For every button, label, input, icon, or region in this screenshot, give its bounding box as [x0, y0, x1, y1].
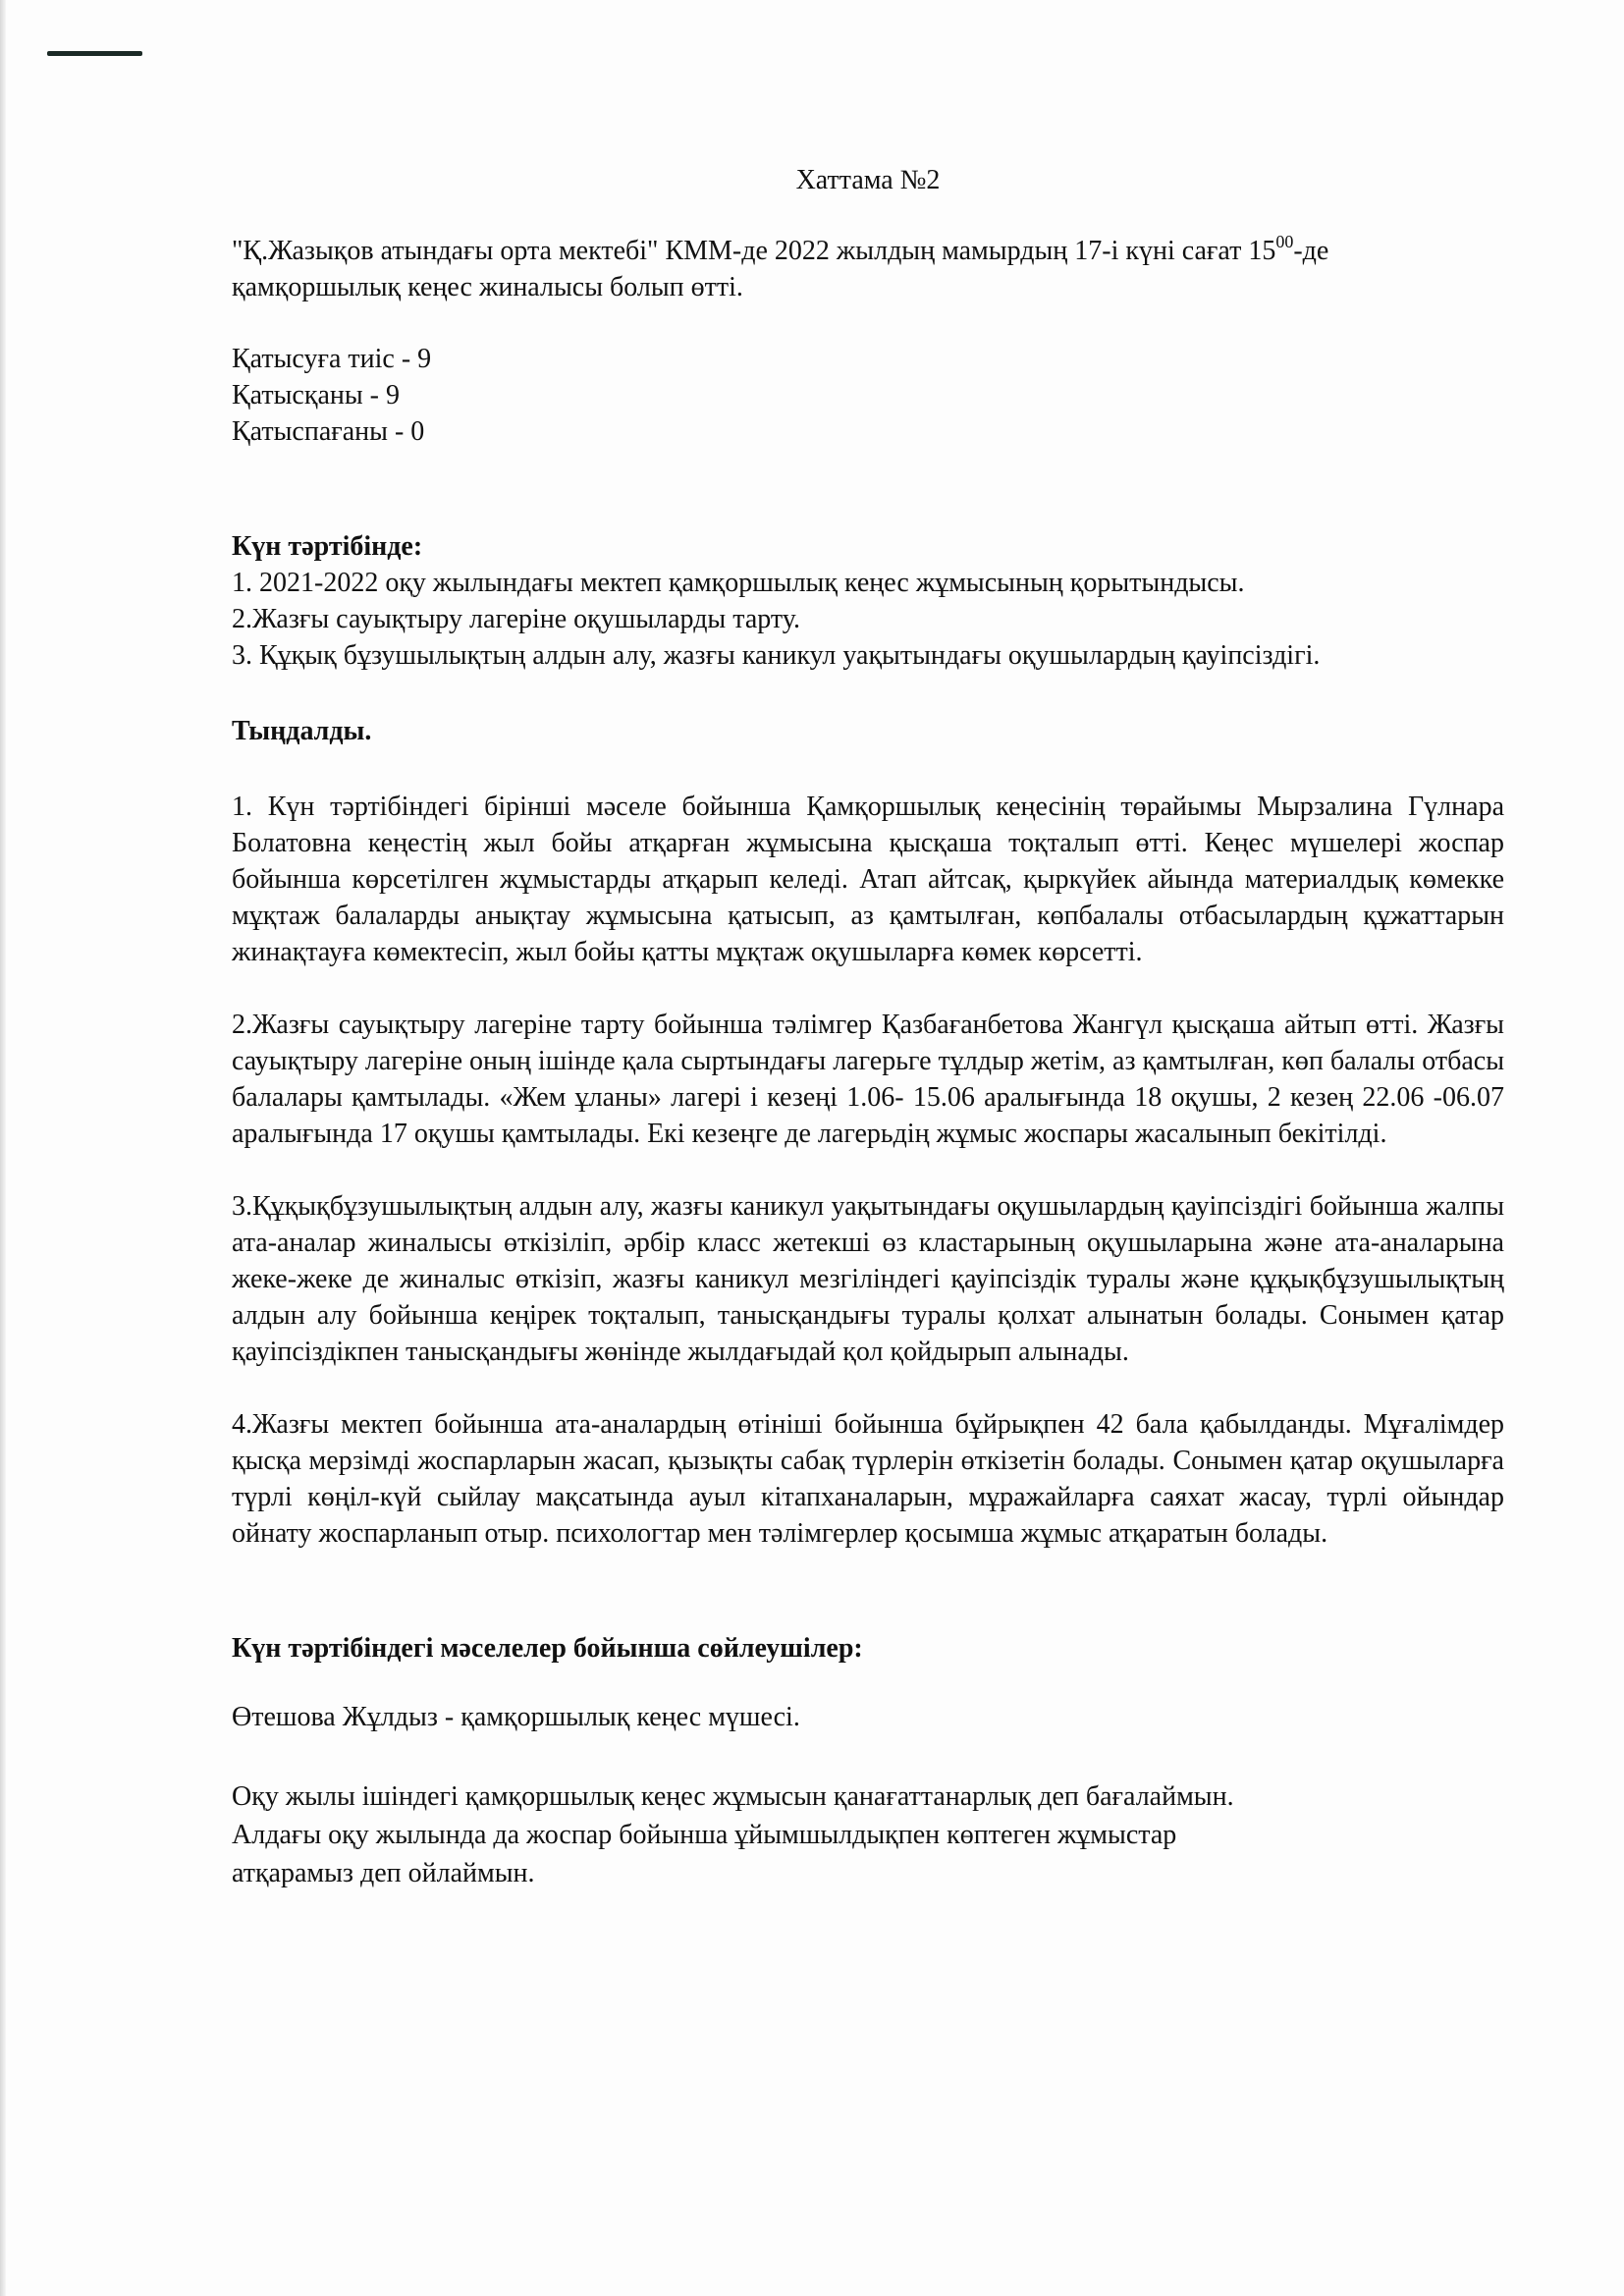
agenda-item: 1. 2021-2022 оқу жылындағы мектеп қамқор…	[232, 565, 1504, 601]
time-superscript: 00	[1275, 232, 1293, 251]
heard-paragraph-3: 3.Құқықбұзушылықтың алдын алу, жазғы кан…	[232, 1188, 1504, 1370]
heard-paragraph-4: 4.Жазғы мектеп бойынша ата-аналардың өті…	[232, 1406, 1504, 1552]
heard-paragraph-1: 1. Күн тәртібіндегі бірінші мәселе бойын…	[232, 789, 1504, 970]
heard-paragraph-2: 2.Жазғы сауықтыру лагеріне тарту бойынша…	[232, 1007, 1504, 1152]
attendance-absent: Қатыспағаны - 0	[232, 413, 1504, 450]
intro-text: "Қ.Жазықов атындағы орта мектебі" КММ-де…	[232, 236, 1275, 266]
statement-line: Оқу жылы ішіндегі қамқоршылық кеңес жұмы…	[232, 1777, 1504, 1816]
scan-edge-shadow	[0, 0, 6, 2296]
statement-line: атқарамыз деп ойлаймын.	[232, 1854, 1504, 1892]
agenda-section: Күн тәртібінде: 1. 2021-2022 оқу жылында…	[232, 528, 1504, 674]
agenda-heading: Күн тәртібінде:	[232, 528, 1504, 565]
attendance-present: Қатысқаны - 9	[232, 377, 1504, 413]
attendance-expected: Қатысуға тиіс - 9	[232, 341, 1504, 377]
document-title: Хаттама №2	[232, 162, 1504, 198]
heard-heading: Тыңдалды.	[232, 713, 1504, 749]
speaker-statement: Оқу жылы ішіндегі қамқоршылық кеңес жұмы…	[232, 1777, 1504, 1892]
speakers-heading: Күн тәртібіндегі мәселелер бойынша сөйле…	[232, 1630, 1504, 1667]
statement-line: Алдағы оқу жылында да жоспар бойынша ұйы…	[232, 1816, 1504, 1854]
document-page: Хаттама №2 "Қ.Жазықов атындағы орта мект…	[232, 162, 1504, 1892]
corner-pen-mark	[47, 51, 142, 56]
agenda-item: 2.Жазғы сауықтыру лагеріне оқушыларды та…	[232, 601, 1504, 637]
speaker-line: Өтешова Жұлдыз - қамқоршылық кеңес мүшес…	[232, 1699, 1504, 1735]
intro-paragraph: "Қ.Жазықов атындағы орта мектебі" КММ-де…	[232, 233, 1504, 305]
attendance-block: Қатысуға тиіс - 9 Қатысқаны - 9 Қатыспағ…	[232, 341, 1504, 450]
agenda-item: 3. Құқық бұзушылықтың алдын алу, жазғы к…	[232, 637, 1504, 674]
